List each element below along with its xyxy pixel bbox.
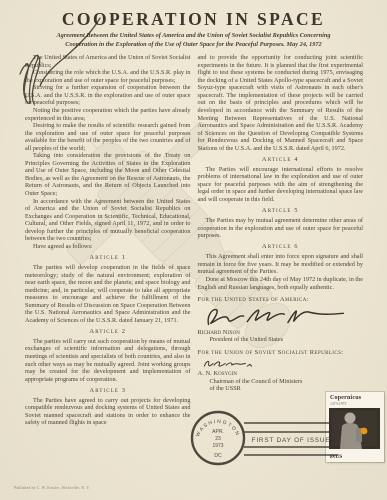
article-5-text: The Parties may by mutual agreement dete… — [198, 217, 364, 240]
postmark-state: DC — [214, 453, 222, 459]
article-3-heading: Article 3 — [25, 387, 191, 395]
ussr-signatory-title-line-1: Chairman of the Council of Ministers — [198, 378, 364, 386]
handwritten-autograph — [8, 14, 118, 110]
article-4-heading: Article 4 — [198, 156, 364, 164]
article-1-heading: Article 1 — [25, 254, 191, 262]
article-6-heading: Article 6 — [198, 243, 364, 251]
article-1-text: The parties will develop cooperation in … — [25, 264, 191, 324]
article-2-text: The parties will carry out such cooperat… — [25, 338, 191, 383]
us-signatory-name: Richard Nixon — [198, 329, 364, 337]
postmark-year: 1973 — [212, 443, 223, 449]
preamble-paragraph: Have agreed as follows: — [25, 243, 191, 251]
article-3-text: The Parties have agreed to carry out pro… — [25, 397, 191, 427]
us-signatory-title: President of the United States — [198, 336, 364, 344]
ussr-signatory-heading: For the Union of Soviet Socialist Republ… — [198, 349, 364, 357]
article-4-text: The Parties will encourage international… — [198, 166, 364, 204]
preamble-paragraph: In accordance with the Agreement between… — [25, 198, 191, 243]
article-2-heading: Article 2 — [25, 328, 191, 336]
right-column: and to provide the opportunity for condu… — [198, 54, 364, 427]
postmark-month: APR. — [212, 429, 224, 435]
article-5-heading: Article 5 — [198, 207, 364, 215]
stamp-subject-label: Copernicus — [330, 395, 361, 401]
first-day-of-issue-slogan: FIRST DAY OF ISSUE — [252, 437, 331, 444]
article-3-continuation: and to provide the opportunity for condu… — [198, 54, 364, 152]
ussr-signatory-name: A. N. Kosygin — [198, 370, 364, 378]
kosygin-signature — [200, 357, 256, 370]
done-clause: Done at Moscow this 24th day of May 1972… — [198, 276, 364, 291]
us-signatory-heading: For the United States of America: — [198, 296, 364, 304]
first-day-postmark: WASHINGTON APR. 23 1973 DC FIRST DAY OF … — [186, 406, 346, 470]
preamble-paragraph: Desiring to make the results of scientif… — [25, 122, 191, 152]
postmark-day: 23 — [215, 436, 221, 442]
first-day-cover-document: COOPERATION IN SPACE Agreement Between t… — [0, 0, 387, 500]
article-6-text: This Agreement shall enter into force up… — [198, 253, 364, 276]
nixon-signature — [200, 305, 350, 329]
preamble-paragraph: Taking into consideration the provisions… — [25, 152, 191, 197]
left-column: The United States of America and the Uni… — [25, 54, 191, 427]
publisher-imprint: Published by C. W. Kessler, Hicksville, … — [14, 486, 90, 490]
